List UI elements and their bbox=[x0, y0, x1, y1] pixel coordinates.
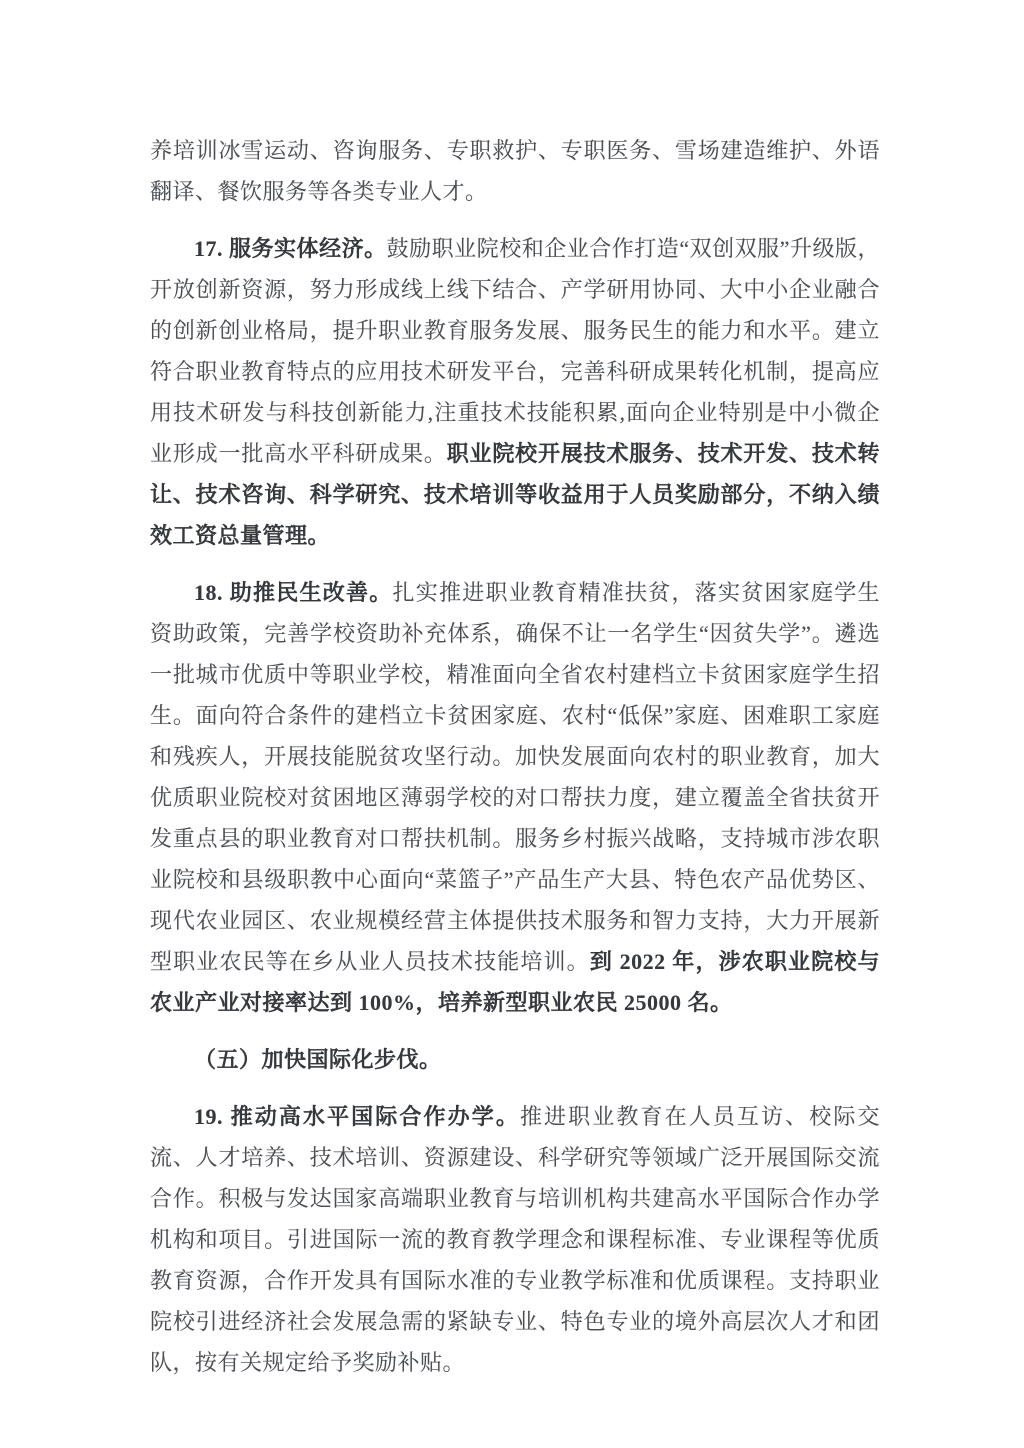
text-run-bold: （五）加快国际化步伐。 bbox=[194, 1047, 442, 1072]
paragraph: 19. 推动高水平国际合作办学。推进职业教育在人员互访、校际交流、人才培养、技术… bbox=[150, 1096, 880, 1383]
text-run-bold: 18. 助推民生改善。 bbox=[194, 580, 393, 605]
text-run: 养培训冰雪运动、咨询服务、专职救护、专职医务、雪场建造维护、外语翻译、餐饮服务等… bbox=[150, 138, 880, 204]
paragraph: 养培训冰雪运动、咨询服务、专职救护、专职医务、雪场建造维护、外语翻译、餐饮服务等… bbox=[150, 130, 880, 212]
paragraph: 18. 助推民生改善。扎实推进职业教育精准扶贫，落实贫困家庭学生资助政策，完善学… bbox=[150, 572, 880, 1023]
text-run-bold: 19. 推动高水平国际合作办学。 bbox=[194, 1104, 520, 1129]
section-heading: （五）加快国际化步伐。 bbox=[150, 1039, 880, 1080]
paragraph: 17. 服务实体经济。鼓励职业院校和企业合作打造“双创双服”升级版，开放创新资源… bbox=[150, 228, 880, 556]
document-body: 养培训冰雪运动、咨询服务、专职救护、专职医务、雪场建造维护、外语翻译、餐饮服务等… bbox=[150, 130, 880, 1399]
text-run-bold: 17. 服务实体经济。 bbox=[194, 236, 387, 261]
text-run: 推进职业教育在人员互访、校际交流、人才培养、技术培训、资源建设、科学研究等领域广… bbox=[150, 1104, 880, 1375]
document-page: 养培训冰雪运动、咨询服务、专职救护、专职医务、雪场建造维护、外语翻译、餐饮服务等… bbox=[0, 0, 1024, 1448]
text-run: 扎实推进职业教育精准扶贫，落实贫困家庭学生资助政策，完善学校资助补充体系，确保不… bbox=[150, 580, 880, 974]
text-run: 鼓励职业院校和企业合作打造“双创双服”升级版，开放创新资源，努力形成线上线下结合… bbox=[150, 236, 880, 466]
